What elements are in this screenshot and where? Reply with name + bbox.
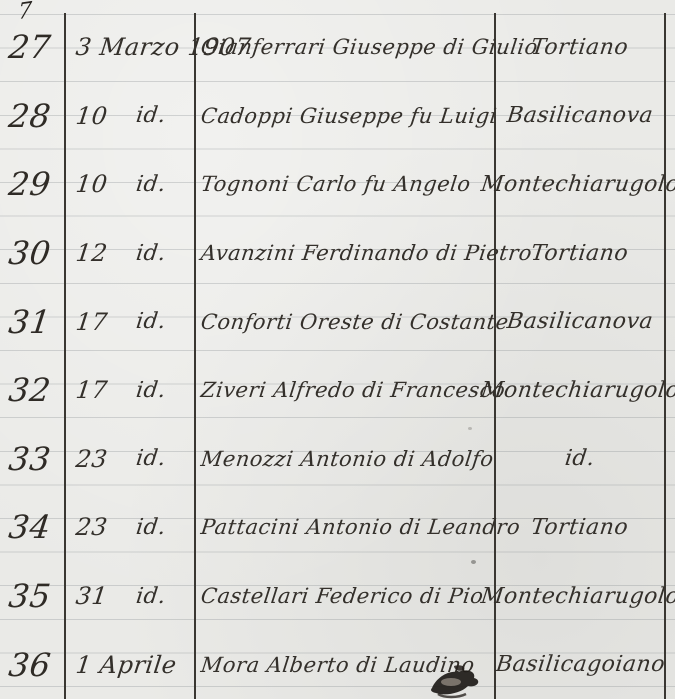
entry-number-cell: 34 <box>0 493 66 562</box>
date-cell: 10 id. <box>66 150 196 219</box>
place-cell: Montechiarugolo <box>496 562 666 631</box>
table-row: 36 1 Aprile Mora Alberto di Laudino Basi… <box>0 630 675 699</box>
date-day: 10 <box>64 102 119 130</box>
date-cell: 12 id. <box>66 219 196 288</box>
person-name: Conforti Oreste di Costante <box>200 310 511 334</box>
place-cell: Tortiano <box>496 493 666 562</box>
place-cell: Montechiarugolo <box>496 150 666 219</box>
entry-number-cell: 35 <box>0 562 66 631</box>
entry-number: 35 <box>7 577 53 615</box>
name-cell: Tognoni Carlo fu Angelo <box>196 150 496 219</box>
place-name: Basilicagoiano <box>494 652 666 677</box>
place-cell: Basilicanova <box>496 82 666 151</box>
margin-cell <box>666 630 675 699</box>
date-ditto: id. <box>116 378 195 403</box>
entry-number-cell: 32 <box>0 356 66 425</box>
person-name: Tognoni Carlo fu Angelo <box>200 172 473 196</box>
name-cell: Menozzi Antonio di Adolfo <box>196 425 496 494</box>
date-cell: 31 id. <box>66 562 196 631</box>
date-ditto: id. <box>116 172 195 197</box>
date-cell: 17 id. <box>66 356 196 425</box>
register-table: 27 7 3 Marzo 1907 Gianferrari Giuseppe d… <box>0 13 675 699</box>
place-name: Tortiano <box>530 35 630 60</box>
name-cell: Pattacini Antonio di Leandro <box>196 493 496 562</box>
date-day: 17 <box>64 308 119 336</box>
margin-cell <box>666 219 675 288</box>
date-day: 3 Marzo 1907 <box>64 33 185 61</box>
entry-number: 29 <box>7 165 53 203</box>
entry-number-cell: 27 7 <box>0 13 66 82</box>
date-day: 31 <box>64 582 119 610</box>
margin-cell <box>666 82 675 151</box>
date-cell: 1 Aprile <box>66 630 196 699</box>
date-day: 23 <box>64 445 119 473</box>
entry-number: 34 <box>7 508 53 546</box>
place-cell: Montechiarugolo <box>496 356 666 425</box>
name-cell: Castellari Federico di Pio <box>196 562 496 631</box>
date-cell: 23 id. <box>66 493 196 562</box>
place-name: Montechiarugolo <box>479 172 675 197</box>
table-row: 32 17 id. Ziveri Alfredo di Francesco Mo… <box>0 356 675 425</box>
entry-number: 27 <box>7 28 53 66</box>
table-row: 29 10 id. Tognoni Carlo fu Angelo Montec… <box>0 150 675 219</box>
place-cell: Basilicanova <box>496 287 666 356</box>
date-day: 17 <box>64 376 119 404</box>
date-ditto: id. <box>116 241 195 266</box>
margin-cell <box>666 562 675 631</box>
entry-number: 28 <box>7 97 53 135</box>
person-name: Menozzi Antonio di Adolfo <box>200 447 496 471</box>
margin-cell <box>666 425 675 494</box>
place-cell: Tortiano <box>496 219 666 288</box>
person-name: Castellari Federico di Pio <box>200 584 485 608</box>
date-ditto: id. <box>116 103 195 128</box>
entry-number-cell: 36 <box>0 630 66 699</box>
table-row: 27 7 3 Marzo 1907 Gianferrari Giuseppe d… <box>0 13 675 82</box>
margin-cell <box>666 13 675 82</box>
date-ditto: id. <box>116 515 195 540</box>
name-cell: Cadoppi Giuseppe fu Luigi <box>196 82 496 151</box>
name-cell: Mora Alberto di Laudino <box>196 630 496 699</box>
margin-cell <box>666 356 675 425</box>
name-cell: Ziveri Alfredo di Francesco <box>196 356 496 425</box>
place-cell: Tortiano <box>496 13 666 82</box>
entry-number-cell: 28 <box>0 82 66 151</box>
place-cell: id. <box>496 425 666 494</box>
table-row: 31 17 id. Conforti Oreste di Costante Ba… <box>0 287 675 356</box>
entry-number-cell: 30 <box>0 219 66 288</box>
date-cell: 3 Marzo 1907 <box>66 13 196 82</box>
name-cell: Gianferrari Giuseppe di Giulio <box>196 13 496 82</box>
margin-cell <box>666 493 675 562</box>
person-name: Mora Alberto di Laudino <box>200 653 477 677</box>
place-name: Basilicanova <box>505 309 654 334</box>
place-name: Montechiarugolo <box>479 378 675 403</box>
place-name: Tortiano <box>530 515 630 540</box>
person-name: Avanzini Ferdinando di Pietro <box>200 241 534 265</box>
place-name: id. <box>564 446 597 471</box>
date-day: 12 <box>64 239 119 267</box>
place-cell: Basilicagoiano <box>496 630 666 699</box>
table-row: 33 23 id. Menozzi Antonio di Adolfo id. <box>0 425 675 494</box>
place-name: Montechiarugolo <box>479 584 675 609</box>
table-row: 28 10 id. Cadoppi Giuseppe fu Luigi Basi… <box>0 82 675 151</box>
date-ditto: id. <box>116 446 195 471</box>
entry-number-cell: 33 <box>0 425 66 494</box>
table-row: 34 23 id. Pattacini Antonio di Leandro T… <box>0 493 675 562</box>
name-cell: Avanzini Ferdinando di Pietro <box>196 219 496 288</box>
person-name: Cadoppi Giuseppe fu Luigi <box>200 104 499 128</box>
date-cell: 23 id. <box>66 425 196 494</box>
date-cell: 17 id. <box>66 287 196 356</box>
margin-cell <box>666 287 675 356</box>
date-day: 1 Aprile <box>64 651 178 679</box>
table-row: 30 12 id. Avanzini Ferdinando di Pietro … <box>0 219 675 288</box>
entry-number: 33 <box>7 440 53 478</box>
register-page: 27 7 3 Marzo 1907 Gianferrari Giuseppe d… <box>0 0 675 699</box>
date-cell: 10 id. <box>66 82 196 151</box>
entry-number-cell: 29 <box>0 150 66 219</box>
name-cell: Conforti Oreste di Costante <box>196 287 496 356</box>
person-name: Ziveri Alfredo di Francesco <box>200 378 507 402</box>
entry-number: 36 <box>7 646 53 684</box>
entry-number: 30 <box>7 234 53 272</box>
correction-mark: 7 <box>18 0 33 25</box>
date-day: 23 <box>64 513 119 541</box>
table-row: 35 31 id. Castellari Federico di Pio Mon… <box>0 562 675 631</box>
date-ditto: id. <box>116 584 195 609</box>
margin-cell <box>666 150 675 219</box>
entry-number: 32 <box>7 371 53 409</box>
place-name: Tortiano <box>530 241 630 266</box>
person-name: Gianferrari Giuseppe di Giulio <box>200 35 540 59</box>
date-ditto: id. <box>116 309 195 334</box>
entry-number: 31 <box>7 303 53 341</box>
entry-number-cell: 31 <box>0 287 66 356</box>
person-name: Pattacini Antonio di Leandro <box>200 515 522 539</box>
place-name: Basilicanova <box>505 103 654 128</box>
date-day: 10 <box>64 170 119 198</box>
